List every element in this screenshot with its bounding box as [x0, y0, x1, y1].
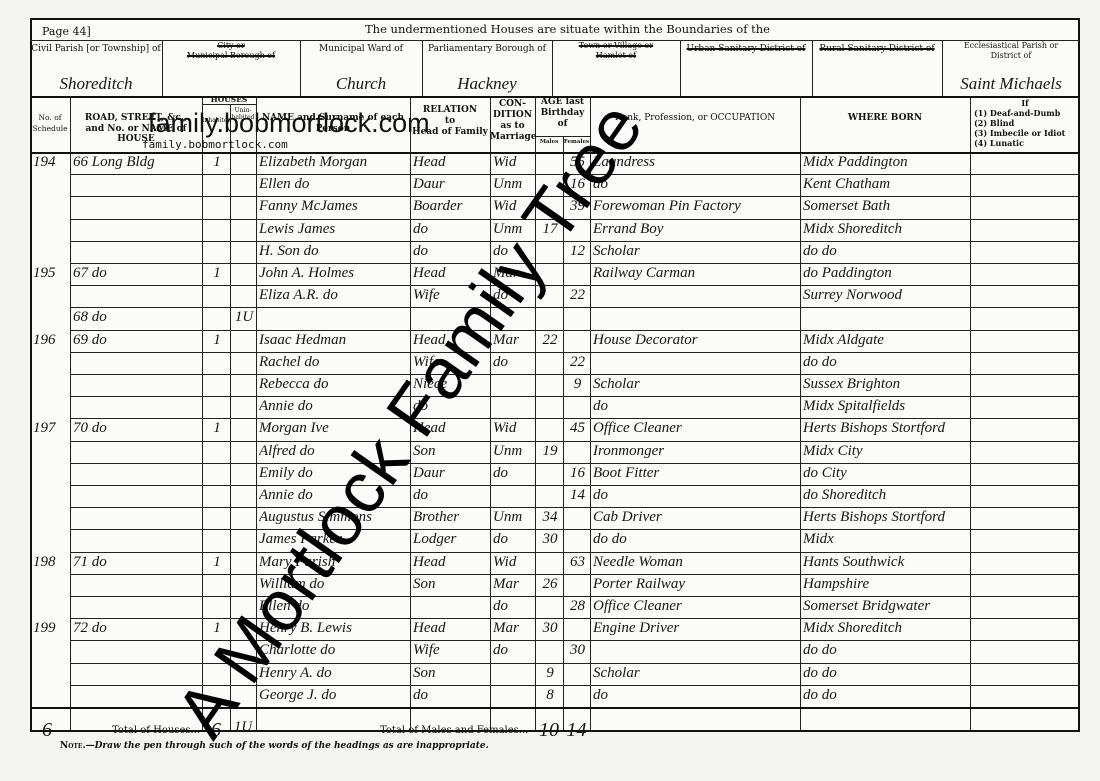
cell-relation: Wife: [413, 287, 489, 304]
cell-condition: Unm: [493, 509, 534, 526]
ecclesiastical-parish-value: Saint Michaels: [942, 74, 1080, 94]
cell-relation: Head: [413, 265, 489, 282]
cell-where-born: Midx: [803, 531, 969, 548]
cell-name: Alfred do: [259, 443, 409, 460]
cell-female-age: 9: [566, 376, 589, 393]
cell-female-age: 22: [566, 354, 589, 371]
cell-condition: do: [493, 243, 534, 260]
cell-male-age: 19: [538, 443, 562, 460]
cell-where-born: do Shoreditch: [803, 487, 969, 504]
cell-occupation: do: [593, 687, 799, 704]
cell-inhabited: 1: [205, 620, 229, 637]
cell-where-born: Surrey Norwood: [803, 287, 969, 304]
cell-relation: Brother: [413, 509, 489, 526]
municipal-ward-label: Municipal Ward of: [300, 44, 422, 54]
cell-inhabited: 1: [205, 154, 229, 171]
cell-name: George J. do: [259, 687, 409, 704]
cell-occupation: Office Cleaner: [593, 598, 799, 615]
cell-female-age: 63: [566, 554, 589, 571]
cell-occupation: Scholar: [593, 665, 799, 682]
cell-where-born: Midx City: [803, 443, 969, 460]
cell-road: 66 Long Bldg: [73, 154, 201, 171]
cell-female-age: 30: [566, 642, 589, 659]
cell-name: Fanny McJames: [259, 198, 409, 215]
cell-relation: Wife: [413, 642, 489, 659]
col-occupation: Rank, Profession, or OCCUPATION: [590, 114, 800, 124]
cell-schedule: 198: [33, 554, 69, 571]
cell-where-born: do do: [803, 243, 969, 260]
cell-condition: Mar: [493, 265, 534, 282]
cell-where-born: do Paddington: [803, 265, 969, 282]
cell-where-born: do do: [803, 687, 969, 704]
col-age-2: of: [535, 120, 590, 130]
footer-note: Note.—Draw the pen through such of the w…: [60, 741, 489, 751]
cell-inhabited: 1: [205, 332, 229, 349]
cell-condition: do: [493, 642, 534, 659]
cell-where-born: Midx Spitalfields: [803, 398, 969, 415]
cell-name: Ellen do: [259, 176, 409, 193]
cell-name: John A. Holmes: [259, 265, 409, 282]
col-houses: HOUSES: [202, 96, 256, 104]
cell-road: 68 do: [73, 309, 201, 326]
municipal-ward-value: Church: [300, 74, 422, 94]
cell-schedule: 196: [33, 332, 69, 349]
cell-name: Isaac Hedman: [259, 332, 409, 349]
total-houses-label: Total of Houses...: [112, 725, 200, 736]
total-schedules: 6: [42, 719, 52, 742]
header-title: The undermentioned Houses are situate wi…: [365, 22, 770, 36]
cell-name: James Parker: [259, 531, 409, 548]
cell-occupation: Engine Driver: [593, 620, 799, 637]
cell-relation: Wife: [413, 354, 489, 371]
cell-female-age: 16: [566, 176, 589, 193]
cell-occupation: Office Cleaner: [593, 420, 799, 437]
cell-condition: do: [493, 287, 534, 304]
cell-condition: Mar: [493, 576, 534, 593]
ecclesiastical-parish-label-line2: District of: [942, 51, 1080, 60]
cell-condition: Unm: [493, 176, 534, 193]
cell-relation: Son: [413, 443, 489, 460]
civil-parish-label: Civil Parish [or Township] of: [30, 44, 162, 54]
cell-where-born: Sussex Brighton: [803, 376, 969, 393]
col-infirmity-0: If: [970, 98, 1080, 108]
cell-name: Rachel do: [259, 354, 409, 371]
cell-where-born: Somerset Bridgwater: [803, 598, 969, 615]
cell-condition: Mar: [493, 332, 534, 349]
cell-relation: Daur: [413, 176, 489, 193]
cell-where-born: Midx Shoreditch: [803, 221, 969, 238]
cell-road: 69 do: [73, 332, 201, 349]
col-where-born: WHERE BORN: [800, 114, 970, 124]
cell-road: 72 do: [73, 620, 201, 637]
col-schedule-0: No. of: [30, 114, 70, 122]
cell-relation: Son: [413, 576, 489, 593]
cell-name: Eliza A.R. do: [259, 287, 409, 304]
col-condition-0: CON-: [490, 100, 535, 110]
col-age-1: Birthday: [535, 109, 590, 119]
municipal-borough-label-line2: Municipal Borough of: [162, 51, 300, 60]
cell-occupation: Ironmonger: [593, 443, 799, 460]
cell-name: Augustus Simmons: [259, 509, 409, 526]
parliamentary-borough-label: Parliamentary Borough of: [422, 44, 552, 54]
cell-where-born: Kent Chatham: [803, 176, 969, 193]
cell-where-born: do City: [803, 465, 969, 482]
cell-occupation: do do: [593, 531, 799, 548]
cell-where-born: Midx Shoreditch: [803, 620, 969, 637]
cell-where-born: do do: [803, 642, 969, 659]
cell-relation: Boarder: [413, 198, 489, 215]
col-age-0: AGE last: [535, 98, 590, 108]
cell-occupation: Scholar: [593, 243, 799, 260]
cell-where-born: Midx Paddington: [803, 154, 969, 171]
cell-inhabited: 1: [205, 420, 229, 437]
cell-road: 71 do: [73, 554, 201, 571]
cell-where-born: Hampshire: [803, 576, 969, 593]
cell-condition: do: [493, 465, 534, 482]
col-infirmity-4: (4) Lunatic: [974, 138, 1024, 148]
cell-occupation: Errand Boy: [593, 221, 799, 238]
cell-inhabited: 1: [205, 554, 229, 571]
page-label: Page 44]: [42, 25, 91, 38]
cell-relation: Lodger: [413, 531, 489, 548]
cell-condition: do: [493, 531, 534, 548]
cell-schedule: 197: [33, 420, 69, 437]
cell-relation: Niece: [413, 376, 489, 393]
cell-male-age: 22: [538, 332, 562, 349]
cell-female-age: 14: [566, 487, 589, 504]
cell-occupation: House Decorator: [593, 332, 799, 349]
cell-relation: do: [413, 687, 489, 704]
cell-female-age: 12: [566, 243, 589, 260]
cell-relation: do: [413, 243, 489, 260]
cell-name: Morgan Ive: [259, 420, 409, 437]
town-village-label-line2: Hamlet of: [552, 51, 680, 60]
cell-relation: Head: [413, 154, 489, 171]
cell-name: Mary Parish: [259, 554, 409, 571]
cell-relation: Son: [413, 665, 489, 682]
cell-relation: do: [413, 487, 489, 504]
watermark-url-small: family.bobmortlock.com: [142, 138, 288, 151]
col-schedule-1: Schedule: [30, 125, 70, 133]
cell-inhabited: 1: [205, 265, 229, 282]
ecclesiastical-parish-label-line1: Ecclesiastical Parish or: [942, 41, 1080, 50]
cell-occupation: Forewoman Pin Factory: [593, 198, 799, 215]
col-females: Females: [563, 139, 590, 145]
cell-condition: Unm: [493, 221, 534, 238]
cell-name: Elizabeth Morgan: [259, 154, 409, 171]
cell-condition: Unm: [493, 443, 534, 460]
cell-where-born: Midx Aldgate: [803, 332, 969, 349]
cell-schedule: 194: [33, 154, 69, 171]
cell-male-age: 30: [538, 531, 562, 548]
col-males: Males: [535, 139, 563, 145]
cell-condition: Wid: [493, 420, 534, 437]
cell-female-age: 16: [566, 465, 589, 482]
watermark-url-large: family.bobmortlock.com: [148, 108, 430, 139]
cell-condition: Wid: [493, 554, 534, 571]
cell-female-age: 22: [566, 287, 589, 304]
cell-condition: do: [493, 354, 534, 371]
parliamentary-borough-value: Hackney: [422, 74, 552, 94]
cell-name: Lewis James: [259, 221, 409, 238]
total-uninhabited: 1U: [230, 719, 256, 736]
cell-occupation: Boot Fitter: [593, 465, 799, 482]
col-infirmity-3: (3) Imbecile or Idiot: [974, 128, 1065, 138]
cell-condition: Wid: [493, 198, 534, 215]
cell-male-age: 8: [538, 687, 562, 704]
cell-where-born: Somerset Bath: [803, 198, 969, 215]
cell-occupation: Scholar: [593, 376, 799, 393]
cell-male-age: 17: [538, 221, 562, 238]
cell-road: 70 do: [73, 420, 201, 437]
col-infirmity-2: (2) Blind: [974, 118, 1014, 128]
municipal-borough-label-line1: City or: [162, 41, 300, 50]
cell-occupation: Needle Woman: [593, 554, 799, 571]
cell-relation: Daur: [413, 465, 489, 482]
cell-uninhabited: 1U: [233, 309, 255, 326]
cell-schedule: 199: [33, 620, 69, 637]
cell-relation: do: [413, 221, 489, 238]
cell-relation: Head: [413, 554, 489, 571]
urban-sanitary-label: Urban Sanitary District of: [680, 44, 812, 54]
cell-occupation: do: [593, 487, 799, 504]
cell-occupation: do: [593, 398, 799, 415]
cell-condition: Mar: [493, 620, 534, 637]
cell-schedule: 195: [33, 265, 69, 282]
cell-road: 67 do: [73, 265, 201, 282]
cell-condition: Wid: [493, 154, 534, 171]
cell-female-age: 28: [566, 598, 589, 615]
census-sheet: Page 44] The undermentioned Houses are s…: [30, 18, 1084, 738]
total-inhabited: 6: [202, 719, 230, 742]
note-lead: Note.: [60, 741, 86, 751]
cell-female-age: 39: [566, 198, 589, 215]
note-text: —Draw the pen through such of the words …: [86, 741, 489, 751]
civil-parish-value: Shoreditch: [30, 74, 162, 94]
cell-name: Henry A. do: [259, 665, 409, 682]
cell-relation: Head: [413, 332, 489, 349]
cell-male-age: 30: [538, 620, 562, 637]
cell-occupation: Laundress: [593, 154, 799, 171]
cell-name: Annie do: [259, 487, 409, 504]
town-village-label-line1: Town or Village or: [552, 41, 680, 50]
cell-relation: Head: [413, 620, 489, 637]
cell-occupation: Cab Driver: [593, 509, 799, 526]
cell-name: Charlotte do: [259, 642, 409, 659]
col-condition-1: DITION: [490, 111, 535, 121]
cell-where-born: Hants Southwick: [803, 554, 969, 571]
cell-male-age: 34: [538, 509, 562, 526]
cell-name: William do: [259, 576, 409, 593]
cell-name: Rebecca do: [259, 376, 409, 393]
cell-where-born: Herts Bishops Stortford: [803, 509, 969, 526]
cell-where-born: do do: [803, 665, 969, 682]
cell-condition: do: [493, 598, 534, 615]
cell-name: Henry B. Lewis: [259, 620, 409, 637]
cell-male-age: 26: [538, 576, 562, 593]
cell-where-born: do do: [803, 354, 969, 371]
cell-relation: do: [413, 398, 489, 415]
cell-name: Ellen do: [259, 598, 409, 615]
total-males: 10: [535, 719, 563, 742]
cell-where-born: Herts Bishops Stortford: [803, 420, 969, 437]
cell-name: Annie do: [259, 398, 409, 415]
col-infirmity-1: (1) Deaf-and-Dumb: [974, 108, 1060, 118]
cell-occupation: Porter Railway: [593, 576, 799, 593]
total-females: 14: [563, 719, 590, 742]
col-condition-3: Marriage: [490, 133, 535, 143]
cell-female-age: 55: [566, 154, 589, 171]
cell-female-age: 45: [566, 420, 589, 437]
cell-occupation: Railway Carman: [593, 265, 799, 282]
col-condition-2: as to: [490, 122, 535, 132]
cell-name: H. Son do: [259, 243, 409, 260]
cell-male-age: 9: [538, 665, 562, 682]
rural-sanitary-label: Rural Sanitary District of: [812, 44, 942, 54]
cell-occupation: do: [593, 176, 799, 193]
cell-relation: Head: [413, 420, 489, 437]
cell-name: Emily do: [259, 465, 409, 482]
total-persons-label: Total of Males and Females...: [380, 725, 528, 736]
